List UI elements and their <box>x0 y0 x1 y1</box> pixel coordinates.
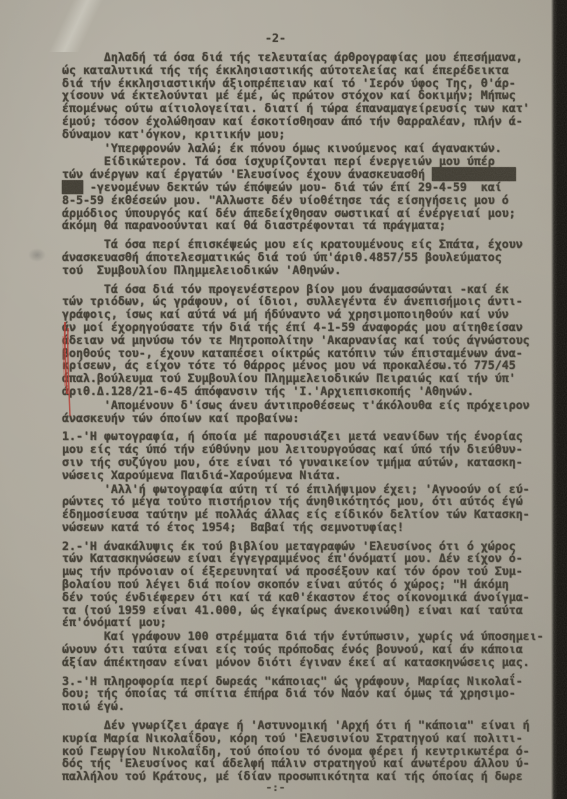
document-line: έμού; τόσον έχολώθησαν καί έσκοτίσθησαν … <box>62 115 548 128</box>
paragraph: 2.-'Η άνακάλυψις έκ τού βιβλίου μεταγραφ… <box>62 534 548 630</box>
paragraph: Δηλαδή τά όσα διά τής τελευταίας άρθρογρ… <box>62 50 548 141</box>
paragraph: 'Αλλ'ή φωτογραφία αύτη τί τό έπιλήψιμον … <box>62 482 548 534</box>
document-line: ώνουν ότι ταύτα είναι είς τούς πρόποδας … <box>62 643 548 656</box>
document-line: δέν τούς ένδιέφερεν ότι καί τά καθ'έκαστ… <box>62 591 548 604</box>
document-line: άπαλ.βούλευμα τού Συμβουλίου Πλημμελειοδ… <box>62 372 548 385</box>
paragraph: Τά όσα διά τόν προγενέστερον βίον μου άν… <box>62 277 548 398</box>
footer-mark: -:- <box>0 781 551 794</box>
paragraph: 'Απομένουν δ'ίσως άνευ άντιπροθέσεως τ'ά… <box>62 398 548 425</box>
document-line: κυρία Μαρία Νικολαΐδου, κόρη τού 'Ελευσι… <box>62 732 548 745</box>
document-line: ώς καταλυτικά τής τής έκκλησιαστικής αύτ… <box>62 64 548 77</box>
document-line: ποιώ έγώ. <box>62 700 548 713</box>
document-line: άριθ.Δ.128/21-6-45 άπόφανσιν τής 'Ι.'Αρχ… <box>62 385 548 398</box>
document-line: άκόμη θά παρανοούνται καί θά διαστρέφοντ… <box>62 219 548 232</box>
document-line: έπ'όνόματί μου; <box>62 616 548 629</box>
document-line: σιν τής συζύγου μου, ότε είναι τό γυναικ… <box>62 456 548 469</box>
paragraph: Είδικώτερον. Τά όσα ίσχυρίζονται περί έν… <box>62 154 548 232</box>
document-line: Δέν γνωρίζει άραγε ή 'Αστυνομική 'Αρχή ό… <box>62 719 548 732</box>
document-line: άν μοί έχορηγούσατε τήν διά τής έπί 4-1-… <box>62 321 548 334</box>
document-line: άνασκευασθή άποτελεσματικώς διά τού ύπ'ά… <box>62 251 548 264</box>
document-line: βολαίου πού λέγει διά ποίον σκοπόν είναι… <box>62 578 548 591</box>
document-line: 'Υπερφρονών λαλώ; έκ πόνου όμως κινούμεν… <box>62 142 548 155</box>
document-line: τού Συμβουλίου Πλημμελειοδικών 'Αθηνών. <box>62 264 548 277</box>
scanned-page: -2- Δηλαδή τά όσα διά τής τελευταίας άρθ… <box>0 0 567 799</box>
document-line: άξίαν άπέκτησαν είναι μόνον διότι έγιναν… <box>62 656 548 669</box>
paragraph: Τά όσα περί έπισκέψεώς μου είς κρατουμέν… <box>62 232 548 276</box>
scan-edge <box>551 0 567 799</box>
ink-smudge <box>28 248 46 262</box>
document-body: Δηλαδή τά όσα διά τής τελευταίας άρθρογρ… <box>62 50 548 783</box>
document-line: νώσεων κατά τό έτος 1954; Βαβαί τής σεμν… <box>62 521 548 534</box>
document-line: άνασκευήν τών όποίων καί προβαίνω: <box>62 412 548 425</box>
paragraph: 'Υπερφρονών λαλώ; έκ πόνου όμως κινούμεν… <box>62 141 548 155</box>
document-line: 'Απομένουν δ'ίσως άνευ άντιπροθέσεως τ'ά… <box>62 399 548 412</box>
paragraph: 1.-'Η φωτογραφία, ή όποία μέ παρουσιάζει… <box>62 424 548 481</box>
paragraph: Καί γράφουν 100 στρέμματα διά τήν έντύπω… <box>62 629 548 668</box>
document-line: νώσεις Χαρούμενα Παιδιά-Χαρούμενα Νιάτα. <box>62 469 548 482</box>
document-line: δύναμον κατ'όγκον, κριτικήν μου; <box>62 128 548 141</box>
paragraph: 3.-'Η πληροφορία περί δωρεάς "κάποιας" ώ… <box>62 669 548 713</box>
document-line: Δηλαδή τά όσα διά τής τελευταίας άρθρογρ… <box>62 51 548 64</box>
page-number: -2- <box>0 31 551 45</box>
document-line: ███ -γενομένων δεκτών τών έπόψεών μου- δ… <box>62 181 548 194</box>
document-line: έδημοσίευσα ταύτην μέ πολλάς άλλας είς ε… <box>62 508 548 521</box>
document-line: μου είς τάς ύπό τήν εύθύνην μου λειτουργ… <box>62 443 548 456</box>
document-line: άδειαν νά μηνύσω τόν τε Μητροπολίτην 'Ακ… <box>62 334 548 347</box>
document-line: δου; τής όποίας τά σπίτια έπήρα διά τόν … <box>62 687 548 700</box>
paragraph: Δέν γνωρίζει άραγε ή 'Αστυνομική 'Αρχή ό… <box>62 713 548 783</box>
document-line: 8-5-59 έκθέσεών μου. "Αλλωστε δέν υίοθέτ… <box>62 194 548 207</box>
